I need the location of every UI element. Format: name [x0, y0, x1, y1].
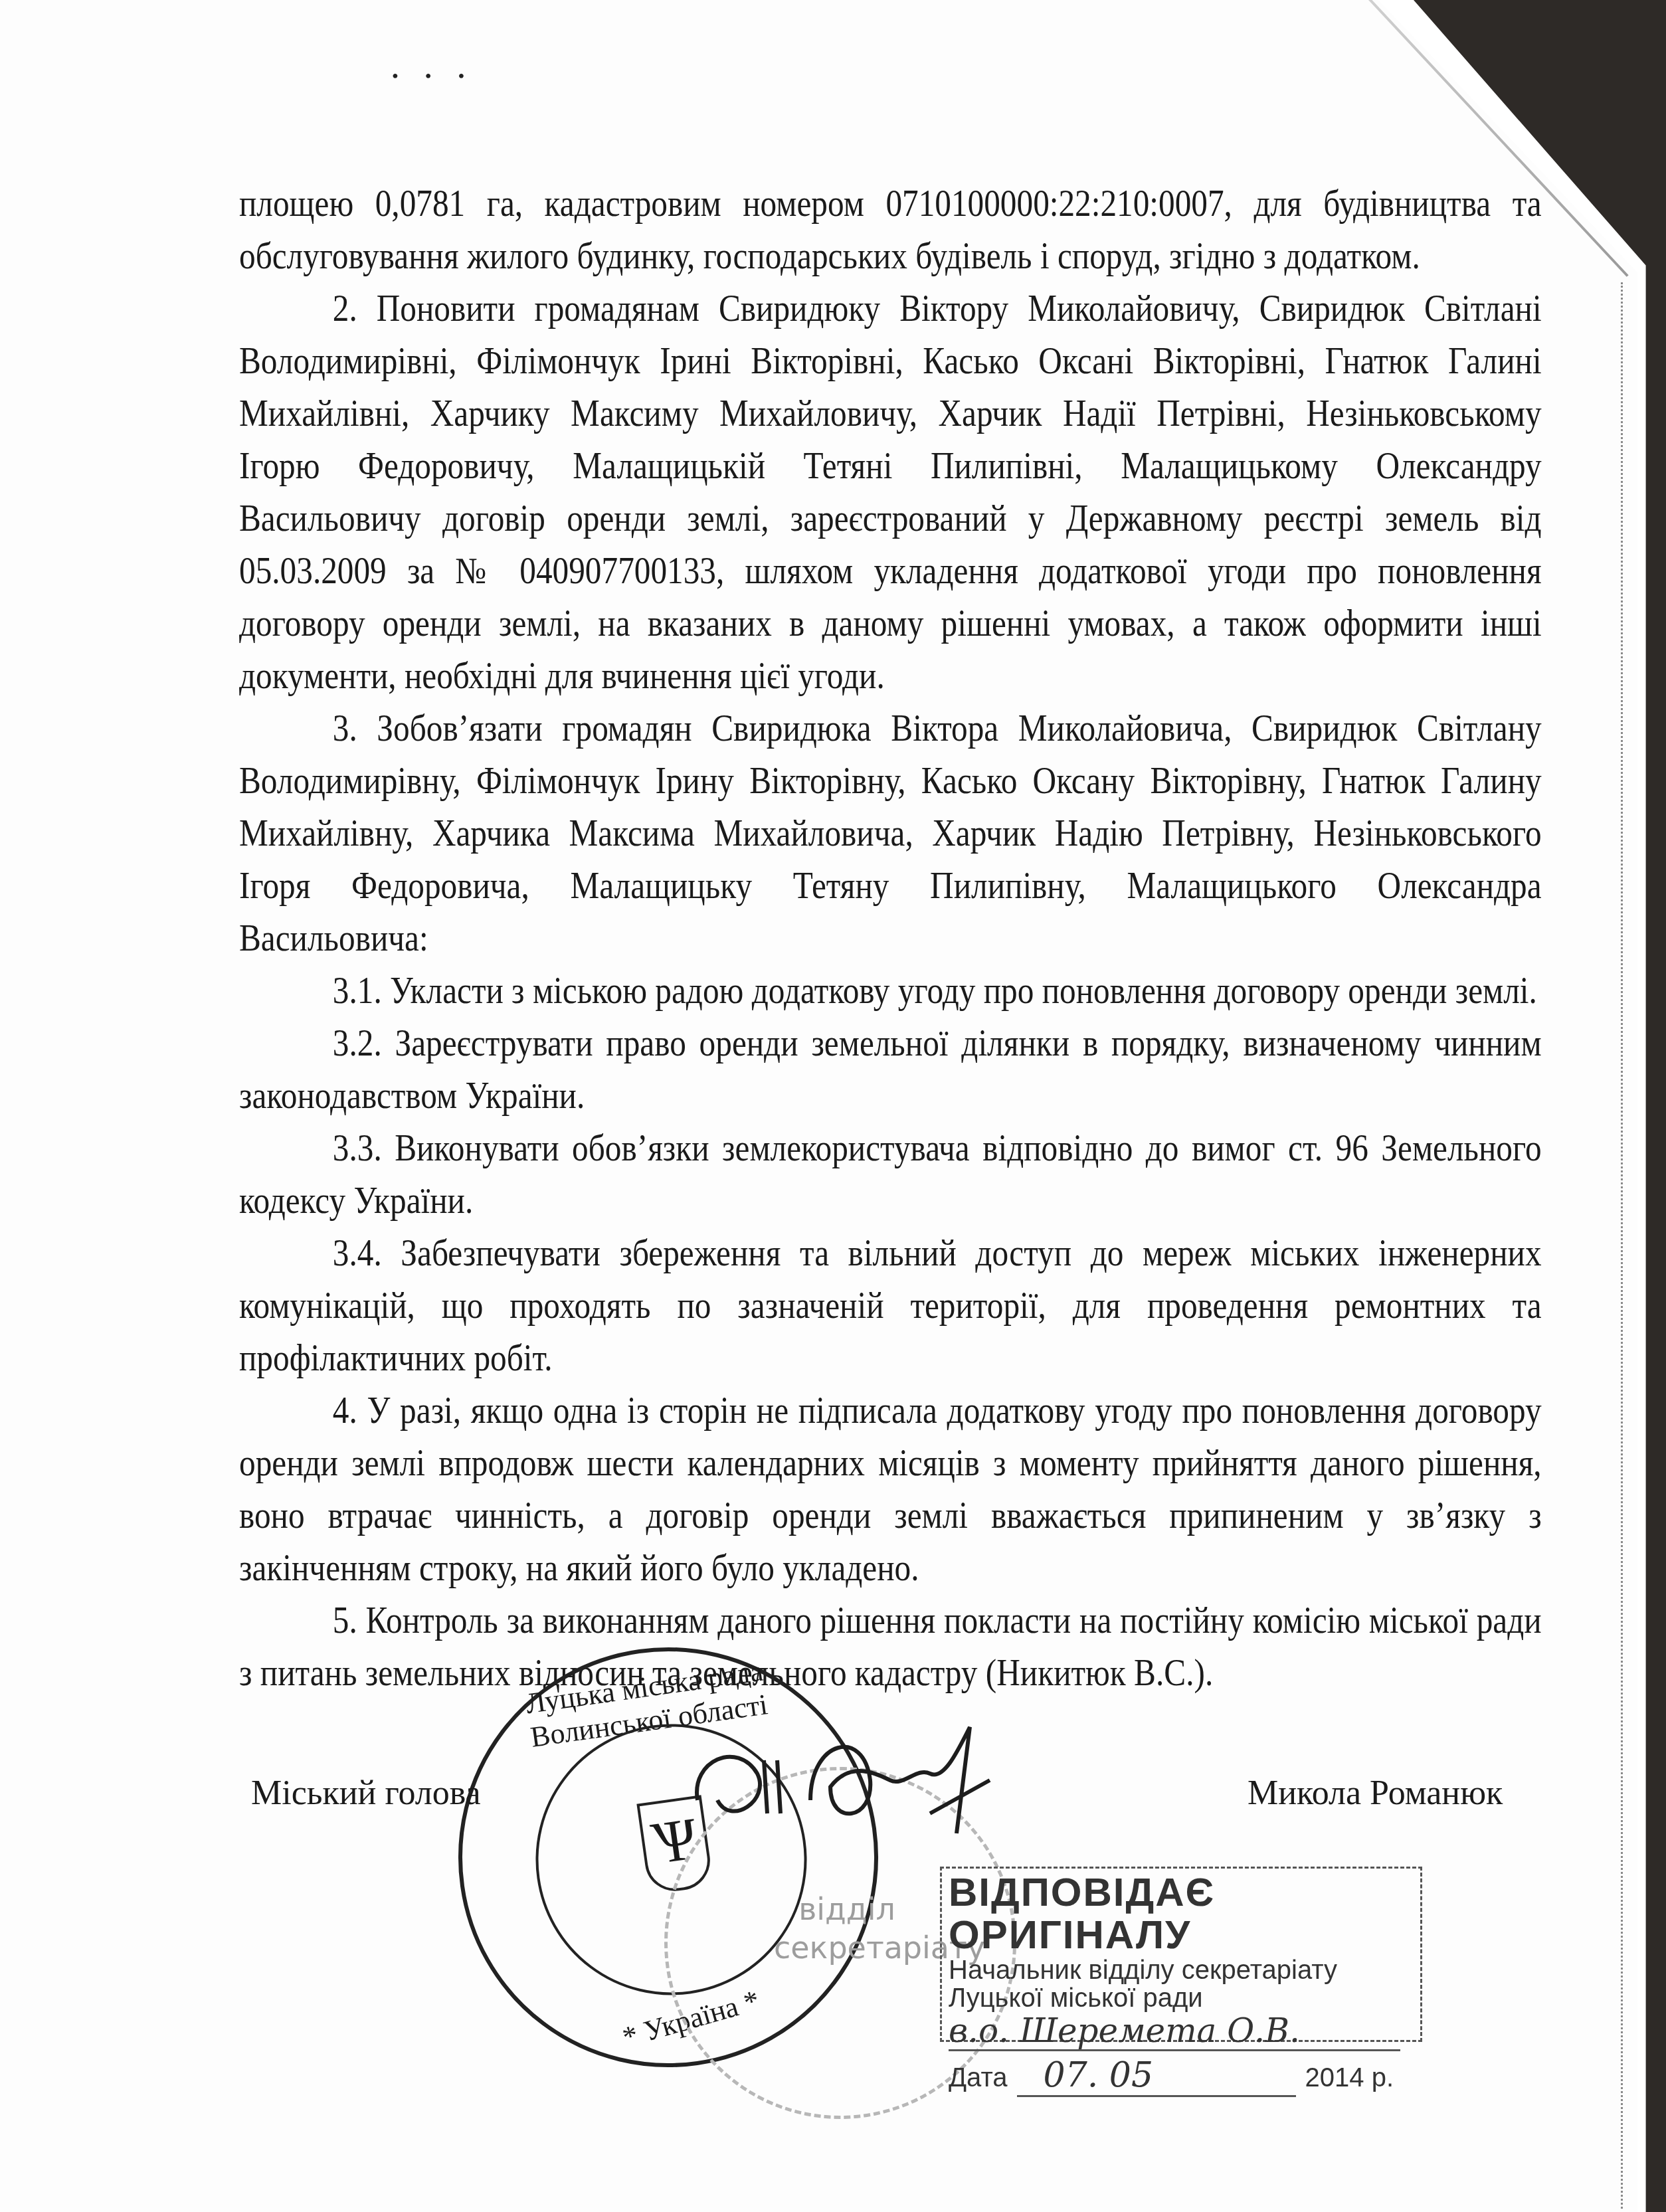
paragraph-cadastral: площею 0,0781 га, кадастровим номером 07… — [239, 178, 1542, 283]
scan-marks: ••• — [392, 66, 491, 88]
stamp-position: Начальник відділу секретаріату — [949, 1956, 1414, 1984]
paragraph-3-4: 3.4. Забезпечувати збереження та вільний… — [239, 1228, 1542, 1385]
stamp-title: ВІДПОВІДАЄ ОРИГІНАЛУ — [949, 1871, 1414, 1956]
paragraph-2-renew-lease: 2. Поновити громадянам Свиридюку Віктору… — [239, 283, 1542, 703]
stamp-handwritten-name: в.о. Шереметa О.В. — [949, 2012, 1400, 2051]
mayor-signature — [678, 1701, 1023, 1847]
paragraph-3-1: 3.1. Укласти з міською радою додаткову у… — [239, 965, 1542, 1018]
faint-seal-text: відділ секретаріату — [774, 1890, 920, 1967]
paragraph-3-3: 3.3. Виконувати обов’язки землекористува… — [239, 1123, 1542, 1228]
paragraph-3-2: 3.2. Зареєструвати право оренди земельно… — [239, 1018, 1542, 1123]
stamp-date-label: Дата — [949, 2063, 1008, 2093]
paragraph-3-obligations: 3. Зобов’язати громадян Свиридюка Віктор… — [239, 703, 1542, 965]
document-body: площею 0,0781 га, кадастровим номером 07… — [239, 178, 1542, 1700]
stamp-organization: Луцької міської ради — [949, 1984, 1414, 2012]
paragraph-5-control: 5. Контроль за виконанням даного рішення… — [239, 1595, 1542, 1700]
signatory-title: Міський голова — [251, 1774, 481, 1813]
paragraph-4: 4. У разі, якщо одна із сторін не підпис… — [239, 1385, 1542, 1595]
page-edge — [1621, 282, 1625, 2209]
stamp-date-value: 07. 05 — [1017, 2055, 1296, 2097]
signatory-name: Микола Романюк — [1248, 1774, 1503, 1813]
stamp-year: 2014 р. — [1305, 2063, 1394, 2093]
certified-copy-stamp: ВІДПОВІДАЄ ОРИГІНАЛУ Начальник відділу с… — [940, 1867, 1422, 2042]
stamp-date-row: Дата 07. 05 2014 р. — [949, 2055, 1414, 2097]
